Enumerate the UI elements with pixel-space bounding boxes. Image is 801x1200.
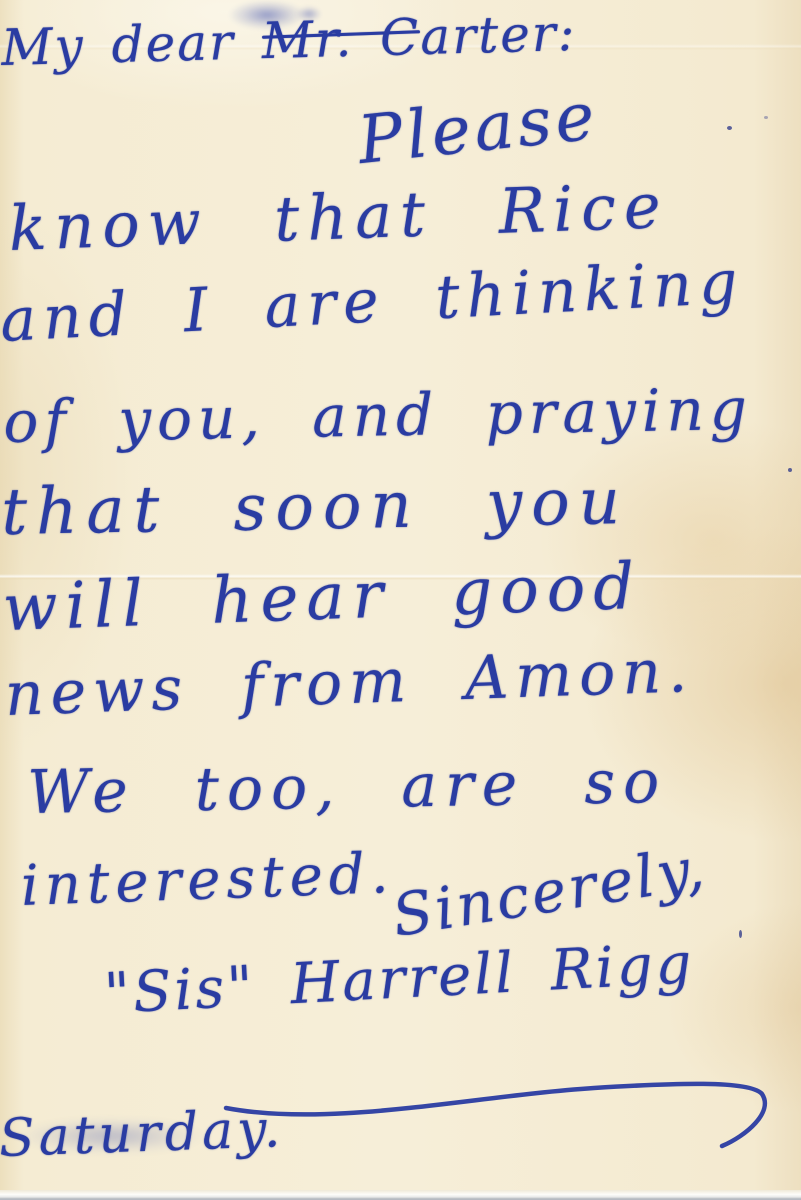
body-line-please: Please: [355, 81, 602, 175]
body-line-will-hear-good: will hear good: [2, 554, 644, 643]
letter-scan: My dear Mr. Carter: Please know that Ric…: [0, 0, 801, 1200]
ink-speck: [739, 930, 742, 938]
ink-speck: [764, 116, 768, 119]
ink-speck: [788, 468, 792, 472]
salutation: My dear Mr. Carter:: [1, 7, 578, 75]
body-line-interested: interested.: [20, 845, 395, 917]
signature-flourish: [222, 1072, 788, 1164]
closing: Sincerely,: [388, 837, 710, 947]
body-line-that-soon-you: that soon you: [1, 469, 630, 547]
body-line-we-too-are-so: We too, are so: [27, 751, 668, 825]
scan-edge-bottom: [0, 1190, 801, 1200]
ink-speck: [727, 126, 732, 130]
signature: "Sis" Harrell Rigg: [103, 935, 696, 1025]
body-line-of-you-and-praying: of you, and praying: [3, 379, 753, 453]
body-line-and-i-are-thinking: and I are thinking: [0, 251, 746, 353]
body-line-news-from-amon: news from Amon.: [4, 640, 695, 727]
body-line-know-that-rice: know that Rice: [8, 173, 670, 261]
date-line: Saturday.: [0, 1102, 285, 1167]
